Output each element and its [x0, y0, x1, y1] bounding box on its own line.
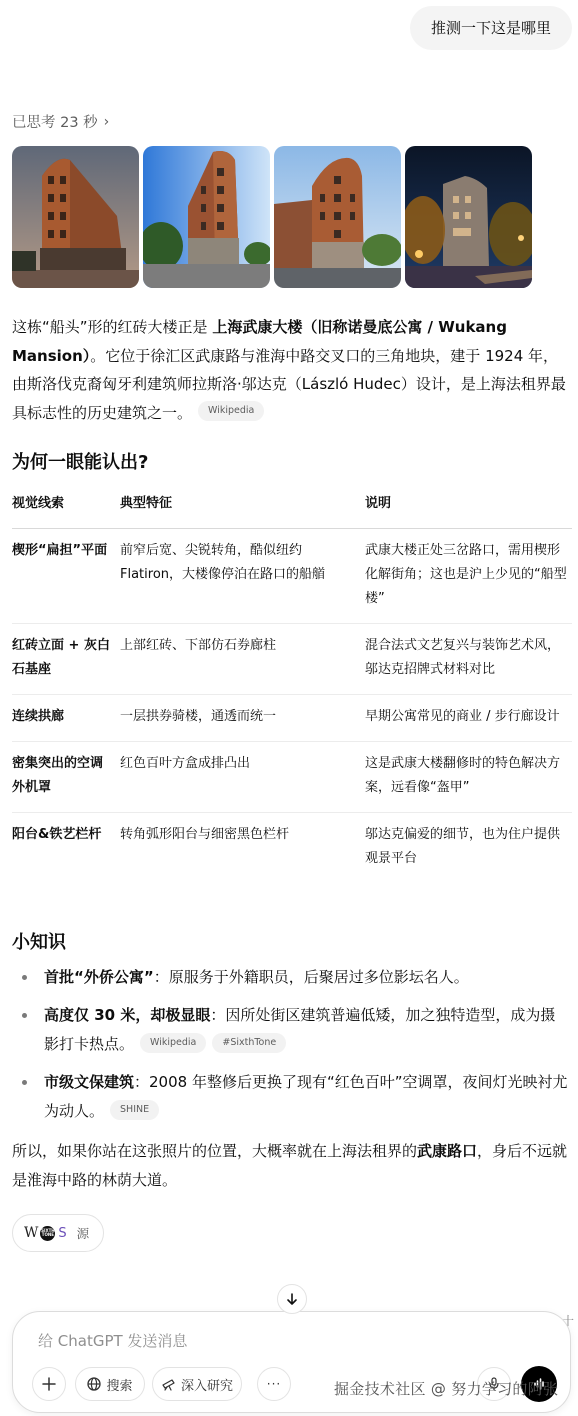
- attach-button[interactable]: [32, 1367, 66, 1401]
- sixthtone-icon: SIXTH TONE: [40, 1226, 55, 1241]
- table-cell-feature: 前窄后宽、尖锐转角，酷似纽约 Flatiron，大楼像停泊在路口的船艏: [120, 529, 365, 624]
- table-header-row: 视觉线索 典型特征 说明: [12, 484, 572, 529]
- table-row: 阳台&铁艺栏杆 转角弧形阳台与细密黑色栏杆 邬达克偏爱的细节，也为住户提供观景平…: [12, 813, 572, 884]
- search-button-label: 搜索: [106, 1375, 132, 1394]
- conclusion-paragraph: 所以，如果你站在这张照片的位置，大概率就在上海法租界的武康路口，身后不远就是淮海…: [12, 1137, 568, 1194]
- citation-chip-sixthtone[interactable]: #SixthTone: [212, 1033, 286, 1053]
- trivia-list: 首批“外侨公寓”：原服务于外籍职员，后聚居过多位影坛名人。 高度仅 30 米，却…: [12, 963, 568, 1135]
- user-message-bubble: 推测一下这是哪里: [410, 6, 572, 50]
- features-table: 视觉线索 典型特征 说明 楔形“扁担”平面 前窄后宽、尖锐转角，酷似纽约 Fla…: [12, 484, 572, 883]
- message-composer: 给 ChatGPT 发送消息 搜索 深入研究 ··· 掘金技术社区 @ 努力学习…: [12, 1311, 571, 1413]
- table-cell-feature: 转角弧形阳台与细密黑色栏杆: [120, 813, 365, 884]
- table-cell-clue: 红砖立面 + 灰白石基座: [12, 624, 120, 695]
- table-row: 红砖立面 + 灰白石基座 上部红砖、下部仿石券廊柱 混合法式文艺复兴与装饰艺术风…: [12, 624, 572, 695]
- deep-research-button[interactable]: 深入研究: [152, 1367, 242, 1401]
- deep-research-label: 深入研究: [181, 1375, 233, 1394]
- list-item: 高度仅 30 米，却极显眼：因所处街区建筑普遍低矮，加之独特造型，成为摄影打卡热…: [12, 1001, 568, 1059]
- intro-paragraph: 这栋“船头”形的红砖大楼正是 上海武康大楼（旧称诺曼底公寓 / Wukang M…: [12, 313, 568, 427]
- citation-chip-wikipedia[interactable]: Wikipedia: [140, 1033, 206, 1053]
- thinking-toggle[interactable]: 已思考 23 秒 ›: [12, 111, 109, 132]
- image-gallery: [12, 146, 532, 288]
- thinking-label: 已思考 23 秒: [12, 111, 98, 132]
- table-row: 连续拱廊 一层拱券骑楼，通透而统一 早期公寓常见的商业 / 步行廊设计: [12, 695, 572, 742]
- table-header: 典型特征: [120, 484, 365, 529]
- more-tools-button[interactable]: ···: [257, 1367, 291, 1401]
- section-title-recognition: 为何一眼能认出?: [12, 448, 148, 474]
- sources-label: 源: [77, 1224, 90, 1242]
- sources-button[interactable]: W SIXTH TONE S 源: [12, 1214, 104, 1252]
- image-thumbnail-dusk[interactable]: [12, 146, 139, 288]
- chevron-right-icon: ›: [104, 114, 110, 130]
- image-thumbnail-day-corner[interactable]: [274, 146, 401, 288]
- table-cell-note: 早期公寓常见的商业 / 步行廊设计: [365, 695, 572, 742]
- table-row: 楔形“扁担”平面 前窄后宽、尖锐转角，酷似纽约 Flatiron，大楼像停泊在路…: [12, 529, 572, 624]
- wikipedia-icon: W: [24, 1225, 38, 1241]
- plus-icon: [42, 1377, 56, 1391]
- table-cell-clue: 楔形“扁担”平面: [12, 529, 120, 624]
- shine-icon: S: [58, 1226, 66, 1241]
- telescope-icon: [161, 1377, 176, 1391]
- scroll-to-bottom-button[interactable]: [277, 1284, 307, 1314]
- table-cell-clue: 连续拱廊: [12, 695, 120, 742]
- arrow-down-icon: [285, 1292, 299, 1306]
- table-cell-feature: 红色百叶方盒成排凸出: [120, 742, 365, 813]
- table-cell-clue: 密集突出的空调外机罩: [12, 742, 120, 813]
- table-cell-feature: 一层拱券骑楼，通透而统一: [120, 695, 365, 742]
- list-item: 市级文保建筑：2008 年整修后更换了现有“红色百叶”空调罩，夜间灯光映衬尤为动…: [12, 1068, 568, 1126]
- image-thumbnail-day[interactable]: [143, 146, 270, 288]
- image-thumbnail-night[interactable]: [405, 146, 532, 288]
- table-cell-clue: 阳台&铁艺栏杆: [12, 813, 120, 884]
- table-cell-note: 武康大楼正处三岔路口，需用楔形化解街角；这也是沪上少见的“船型楼”: [365, 529, 572, 624]
- table-cell-feature: 上部红砖、下部仿石券廊柱: [120, 624, 365, 695]
- table-cell-note: 邬达克偏爱的细节，也为住户提供观景平台: [365, 813, 572, 884]
- table-header: 视觉线索: [12, 484, 120, 529]
- search-button[interactable]: 搜索: [75, 1367, 145, 1401]
- table-cell-note: 混合法式文艺复兴与装饰艺术风，邬达克招牌式材料对比: [365, 624, 572, 695]
- list-item: 首批“外侨公寓”：原服务于外籍职员，后聚居过多位影坛名人。: [12, 963, 568, 992]
- citation-chip-shine[interactable]: SHINE: [110, 1100, 159, 1120]
- citation-chip-wikipedia[interactable]: Wikipedia: [198, 401, 264, 421]
- globe-icon: [87, 1377, 101, 1391]
- watermark-text: 掘金技术社区 @ 努力学习的阿张: [334, 1378, 558, 1399]
- section-title-trivia: 小知识: [12, 928, 66, 954]
- table-header: 说明: [365, 484, 572, 529]
- table-row: 密集突出的空调外机罩 红色百叶方盒成排凸出 这是武康大楼翻修时的特色解决方案，远…: [12, 742, 572, 813]
- message-input[interactable]: 给 ChatGPT 发送消息: [38, 1330, 187, 1351]
- table-cell-note: 这是武康大楼翻修时的特色解决方案，远看像“盔甲”: [365, 742, 572, 813]
- more-icon: ···: [267, 1377, 281, 1391]
- user-message-text: 推测一下这是哪里: [431, 19, 551, 37]
